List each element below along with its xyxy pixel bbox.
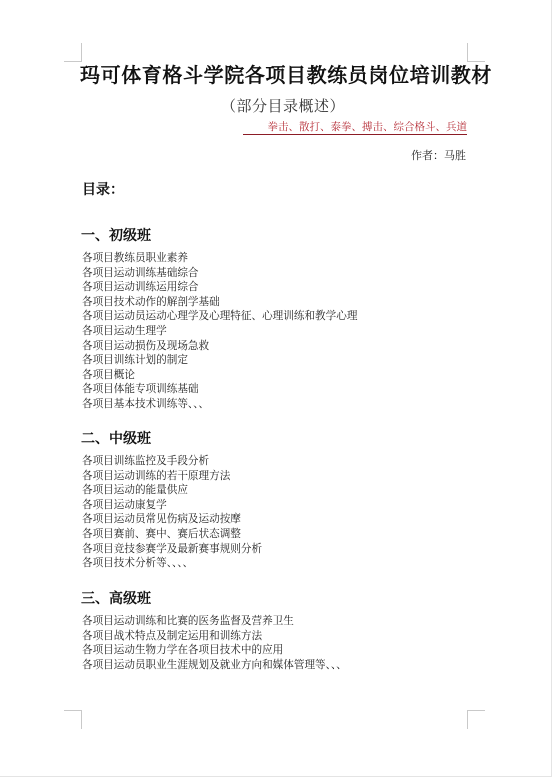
list-item: 各项目运动生物力学在各项目技术中的应用 [82,643,347,658]
list-item: 各项目训练计划的制定 [82,353,357,368]
section-title: 二、中级班 [81,431,262,448]
list-item: 各项目运动训练和比赛的医务监督及营养卫生 [82,614,347,629]
disciplines-line: 拳击、散打、泰拳、搏击、综合格斗、兵道 [243,121,467,135]
list-item: 各项目技术动作的解剖学基础 [82,295,357,310]
list-item: 各项目技术分析等、、、、 [82,556,262,571]
document-title: 玛可体育格斗学院各项目教练员岗位培训教材 [80,62,460,88]
list-item: 各项目战术特点及制定运用和训练方法 [82,629,347,644]
list-item: 各项目运动损伤及现场急救 [82,339,357,354]
section-item-list: 各项目训练监控及手段分析 各项目运动训练的若干原理方法 各项目运动的能量供应 各… [82,454,262,571]
toc-heading: 目录： [82,182,124,199]
list-item: 各项目运动训练的若干原理方法 [82,469,262,484]
section-item-list: 各项目教练员职业素养 各项目运动训练基础综合 各项目运动训练运用综合 各项目技术… [82,251,357,412]
margin-corner-mark-top-right [467,43,485,62]
margin-corner-mark-bottom-right [467,710,485,729]
margin-corner-mark-bottom-left [64,710,82,729]
section-item-list: 各项目运动训练和比赛的医务监督及营养卫生 各项目战术特点及制定运用和训练方法 各… [82,614,347,672]
list-item: 各项目运动训练基础综合 [82,266,357,281]
page-edge-bottom [0,776,552,777]
list-item: 各项目赛前、赛中、赛后状态调整 [82,527,262,542]
list-item: 各项目运动训练运用综合 [82,280,357,295]
list-item: 各项目竞技参赛学及最新赛事规则分析 [82,542,262,557]
author-line: 作者：马胜 [411,149,466,163]
section-beginner: 一、初级班 各项目教练员职业素养 各项目运动训练基础综合 各项目运动训练运用综合… [82,228,357,412]
list-item: 各项目基本技术训练等、、、 [82,397,357,412]
document-subtitle: （部分目录概述） [221,96,345,116]
list-item: 各项目运动员运动心理学及心理特征、心理训练和教学心理 [82,309,357,324]
list-item: 各项目运动员常见伤病及运动按摩 [82,512,262,527]
page-edge-right [551,0,552,777]
section-title: 一、初级班 [81,228,357,245]
list-item: 各项目运动员职业生涯规划及就业方向和媒体管理等、、、 [82,658,347,673]
list-item: 各项目运动的能量供应 [82,483,262,498]
list-item: 各项目概论 [82,368,357,383]
list-item: 各项目运动康复学 [82,498,262,513]
list-item: 各项目运动生理学 [82,324,357,339]
list-item: 各项目教练员职业素养 [82,251,357,266]
section-intermediate: 二、中级班 各项目训练监控及手段分析 各项目运动训练的若干原理方法 各项目运动的… [82,431,262,571]
list-item: 各项目体能专项训练基础 [82,382,357,397]
margin-corner-mark-top-left [64,43,82,62]
section-advanced: 三、高级班 各项目运动训练和比赛的医务监督及营养卫生 各项目战术特点及制定运用和… [82,591,347,672]
list-item: 各项目训练监控及手段分析 [82,454,262,469]
section-title: 三、高级班 [81,591,347,608]
